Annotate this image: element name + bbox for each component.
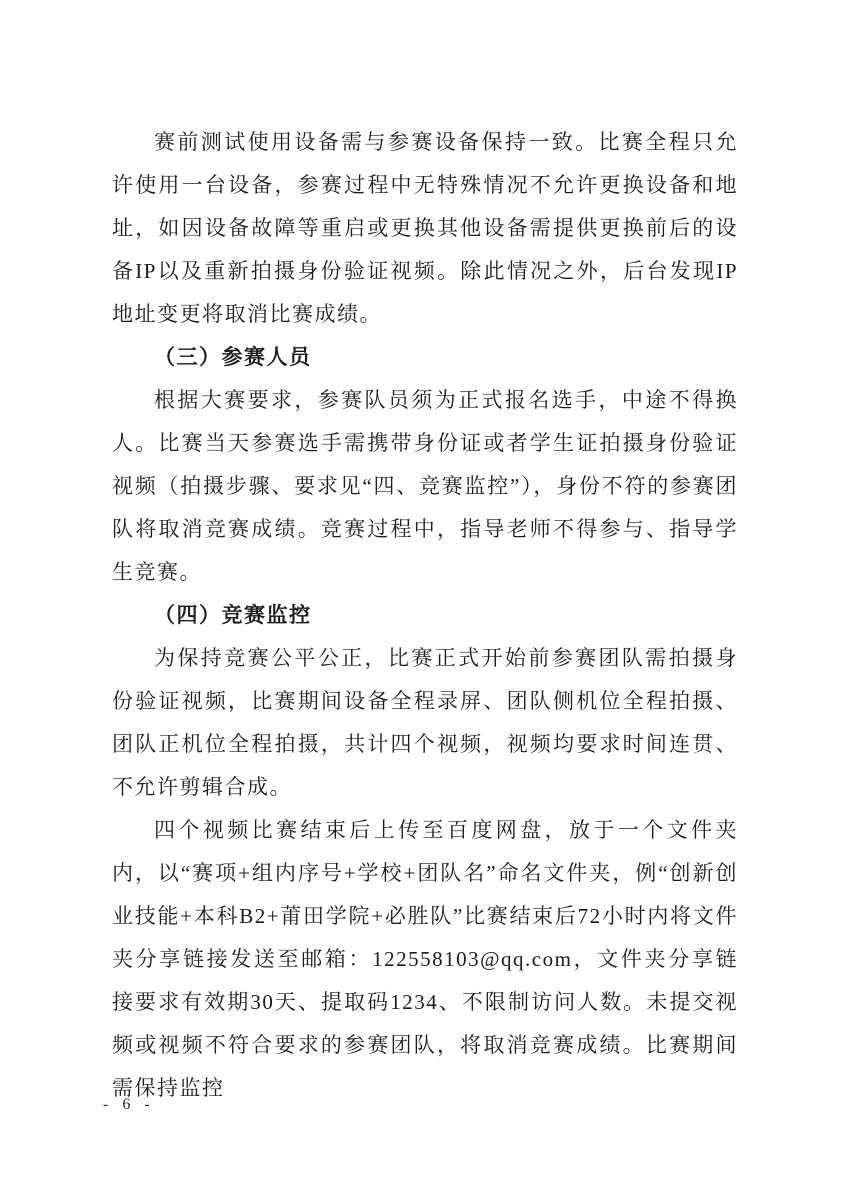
section-heading-monitoring: （四）竞赛监控 bbox=[112, 594, 738, 637]
paragraph-participants-rules: 根据大赛要求，参赛队员须为正式报名选手，中途不得换人。比赛当天参赛选手需携带身份… bbox=[112, 379, 738, 594]
document-body: 赛前测试使用设备需与参赛设备保持一致。比赛全程只允许使用一台设备，参赛过程中无特… bbox=[112, 121, 738, 1110]
page-number: - 6 - bbox=[103, 1095, 155, 1115]
section-heading-participants: （三）参赛人员 bbox=[112, 336, 738, 379]
paragraph-monitoring-videos: 为保持竞赛公平公正，比赛正式开始前参赛团队需拍摄身份验证视频，比赛期间设备全程录… bbox=[112, 637, 738, 809]
paragraph-video-upload: 四个视频比赛结束后上传至百度网盘，放于一个文件夹内，以“赛项+组内序号+学校+团… bbox=[112, 809, 738, 1110]
paragraph-pre-test-device: 赛前测试使用设备需与参赛设备保持一致。比赛全程只允许使用一台设备，参赛过程中无特… bbox=[112, 121, 738, 336]
document-page: 赛前测试使用设备需与参赛设备保持一致。比赛全程只允许使用一台设备，参赛过程中无特… bbox=[0, 0, 848, 1200]
